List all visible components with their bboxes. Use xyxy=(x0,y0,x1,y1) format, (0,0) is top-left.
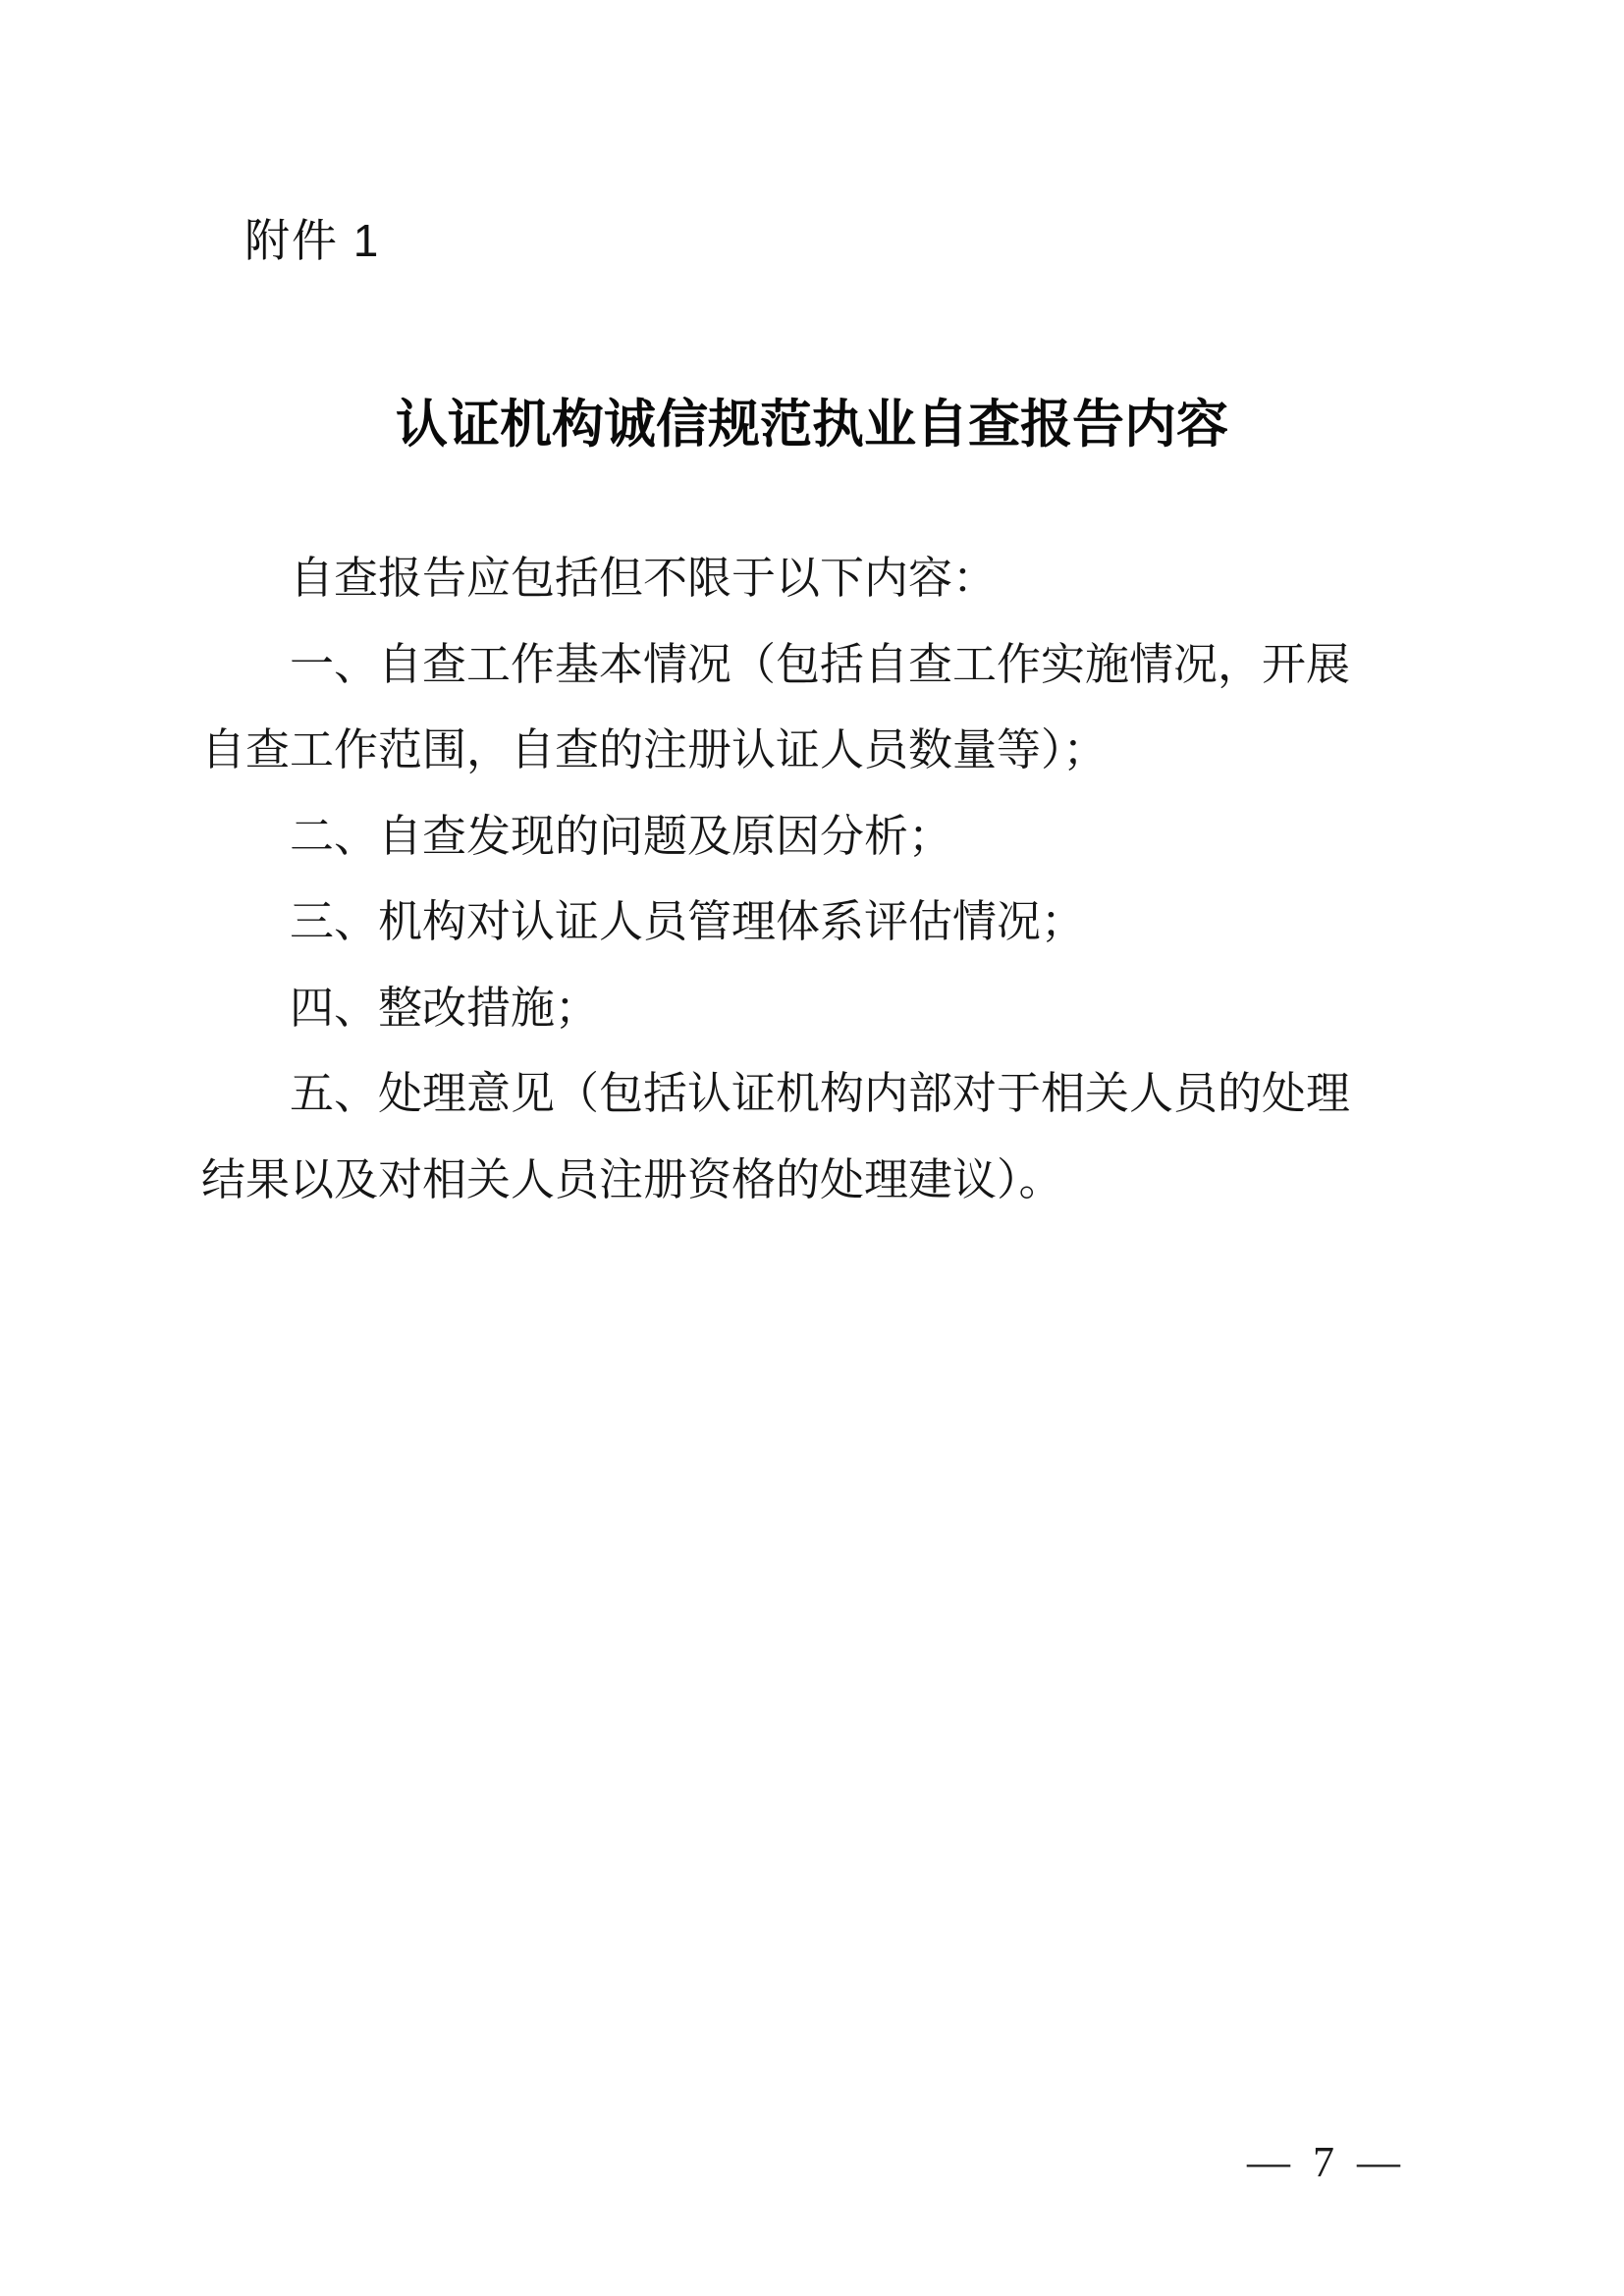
document-title: 认证机构诚信规范执业自查报告内容 xyxy=(0,391,1624,459)
document-body: 自查报告应包括但不限于以下内容： 一、自查工作基本情况（包括自查工作实施情况，开… xyxy=(201,536,1350,1223)
body-line: 一、自查工作基本情况（包括自查工作实施情况，开展 xyxy=(201,622,1350,709)
attachment-label: 附件 1 xyxy=(244,214,380,267)
body-line: 五、处理意见（包括认证机构内部对于相关人员的处理 xyxy=(201,1051,1350,1138)
body-line: 三、机构对认证人员管理体系评估情况； xyxy=(201,880,1350,966)
body-line: 自查报告应包括但不限于以下内容： xyxy=(201,536,1350,622)
body-line: 二、自查发现的问题及原因分析； xyxy=(201,794,1350,881)
body-line: 四、整改措施； xyxy=(201,966,1350,1052)
body-line: 结果以及对相关人员注册资格的处理建议）。 xyxy=(201,1138,1350,1224)
body-line: 自查工作范围，自查的注册认证人员数量等）； xyxy=(201,708,1350,794)
document-page: 附件 1 认证机构诚信规范执业自查报告内容 自查报告应包括但不限于以下内容： 一… xyxy=(0,0,1624,2296)
page-number: — 7 — xyxy=(1247,2138,1406,2187)
